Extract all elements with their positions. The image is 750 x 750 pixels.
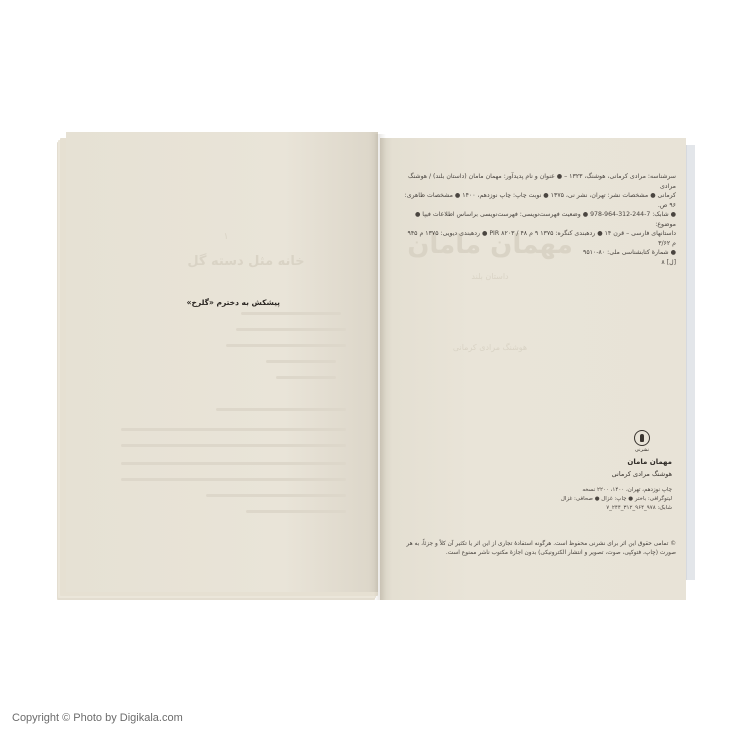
show-through-line [206,494,346,497]
cip-line: ● شمارهٔ کتابشناسی ملی: ۸۰-۹۵۱۰ [404,248,676,258]
show-through-line [276,376,336,379]
show-through-line [236,328,346,331]
show-through-line [246,510,346,513]
cip-line: [ل] ۸ [404,258,676,268]
cip-line: کرمانی ● مشخصات نشر: تهران، نشر نی، ۱۳۷۵… [404,191,676,210]
show-through-line [216,408,346,411]
show-through-author: هوشنگ مرادی کرمانی [420,343,560,352]
left-page: ۱ خانه مثل دسته گل [66,132,378,592]
show-through-line [266,360,336,363]
dedication-text: پیشکش به دخترم «گلرخ» [120,298,280,307]
right-page-stack-edge [686,145,695,580]
cip-line: داستانهای فارسی – قرن ۱۴ ● ردهبندی کنگره… [404,229,676,248]
book-author: هوشنگ مرادی کرمانی [560,470,672,478]
print-edition: چاپ نوزدهم، تهران، ۱۴۰۰، ۲۲۰۰ نسخه [540,486,672,495]
copyright-notice: © تمامی حقوق این اثر برای نشرنی محفوظ اس… [404,540,676,558]
show-through-subtitle: داستان بلند [440,272,540,281]
cip-line: ● شابک: 7-244-312-964-978 ● وضعیت فهرست‌… [404,210,676,229]
show-through-line [226,344,346,347]
show-through-number: ۱ [216,232,236,242]
print-info: چاپ نوزدهم، تهران، ۱۴۰۰، ۲۲۰۰ نسخه لیتوگ… [540,486,672,513]
show-through-line [241,312,341,315]
show-through-line [121,444,346,447]
print-isbn: شابک: ۹۷۸_۹۶۴_۳۱۲_۲۴۴_۷ [540,504,672,513]
show-through-line [121,478,346,481]
publisher-logo-icon [634,430,650,446]
open-book: ۱ خانه مثل دسته گل پیشکش به دخترم «گلرخ»… [0,0,750,750]
show-through-heading: خانه مثل دسته گل [176,254,316,269]
show-through-line [121,462,346,465]
cip-line: سرشناسه: مرادی کرمانی، هوشنگ، ۱۳۲۳ – ● ع… [404,172,676,191]
book-gutter [374,134,386,600]
print-production: لیتوگرافی: باختر ● چاپ: غزال ● صحافی: غز… [540,495,672,504]
photo-credit: Copyright © Photo by Digikala.com [12,712,183,724]
book-title: مهمان مامان [560,458,672,466]
cip-catalog-block: سرشناسه: مرادی کرمانی، هوشنگ، ۱۳۲۳ – ● ع… [404,172,676,267]
show-through-line [121,428,346,431]
publisher-logo-label: نشرنی [628,447,656,453]
